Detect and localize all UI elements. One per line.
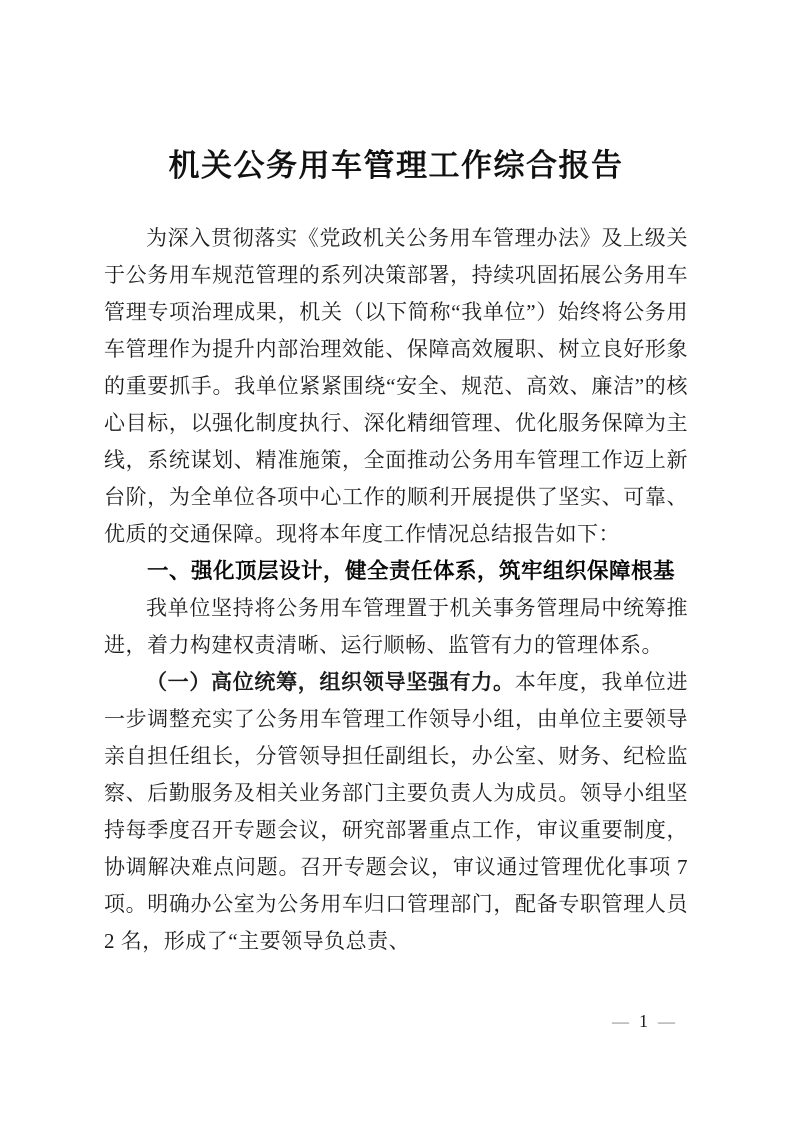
subsection-paragraph: （一）高位统筹，组织领导坚强有力。本年度，我单位进一步调整充实了公务用车管理工作… — [104, 664, 688, 960]
document-page: 机关公务用车管理工作综合报告 为深入贯彻落实《党政机关公务用车管理办法》及上级关… — [0, 0, 793, 1122]
page-number: 1 — [639, 1011, 648, 1031]
section-heading-1: 一、强化顶层设计，健全责任体系，筑牢组织保障根基 — [104, 553, 688, 590]
footer-dash-right: — — [658, 1012, 675, 1031]
subsection-lead-text: （一）高位统筹，组织领导坚强有力。 — [146, 670, 515, 694]
page-footer: —1— — [612, 1010, 675, 1033]
subsection-body-text: 本年度，我单位进一步调整充实了公务用车管理工作领导小组，由单位主要领导亲自担任组… — [104, 670, 688, 953]
intro-paragraph: 为深入贯彻落实《党政机关公务用车管理办法》及上级关于公务用车规范管理的系列决策部… — [104, 220, 688, 553]
document-content: 机关公务用车管理工作综合报告 为深入贯彻落实《党政机关公务用车管理办法》及上级关… — [104, 146, 688, 960]
footer-dash-left: — — [612, 1012, 629, 1031]
document-title: 机关公务用车管理工作综合报告 — [104, 146, 688, 186]
section-overview-paragraph: 我单位坚持将公务用车管理置于机关事务管理局中统筹推进，着力构建权责清晰、运行顺畅… — [104, 590, 688, 664]
